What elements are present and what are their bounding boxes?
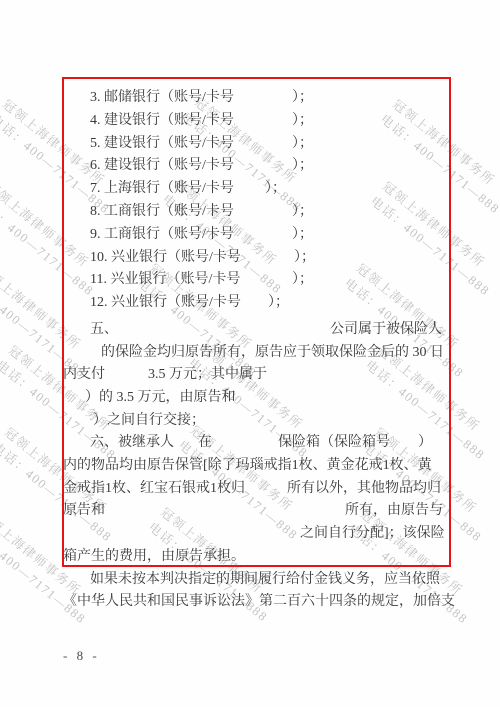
bank-item-12: 12. 兴业银行（账号/卡号）；	[0, 293, 500, 313]
bank-item-6: 6. 建设银行（账号/卡号）；	[0, 156, 500, 176]
item-6-line-4: 原告和所有，由原告与	[0, 501, 500, 521]
item-6-line-6: 箱产生的费用，由原告承担。	[0, 547, 500, 567]
item-5-line-1: 五、公司属于被保险人	[0, 320, 500, 340]
bank-item-10: 10. 兴业银行（账号/卡号）；	[0, 248, 500, 268]
bank-item-8: 8. 工商银行（账号/卡号）；	[0, 202, 500, 222]
item-5-line-5: ）之间自行交接；	[0, 411, 500, 431]
item-5-line-3: 内支付3.5 万元；其中属于	[0, 365, 500, 385]
bank-item-3: 3. 邮储银行（账号/卡号）；	[0, 88, 500, 108]
document-text-layer: 3. 邮储银行（账号/卡号）；4. 建设银行（账号/卡号）；5. 建设银行（账号…	[0, 0, 500, 707]
bank-item-5: 5. 建设银行（账号/卡号）；	[0, 134, 500, 154]
bank-item-7: 7. 上海银行（账号/卡号）；	[0, 179, 500, 199]
bank-item-11: 11. 兴业银行（账号/卡号）；	[0, 270, 500, 290]
bank-item-4: 4. 建设银行（账号/卡号）；	[0, 111, 500, 131]
item-5-line-2: 的保险金均归原告所有，原告应于领取保险金后的 30 日	[0, 343, 500, 363]
page-number: - 8 -	[63, 648, 100, 664]
item-6-line-1: 六、被继承人在保险箱（保险箱号）	[0, 433, 500, 453]
judgment-document-page: 冠领上海律师事务所电话：400—7171—888冠领上海律师事务所电话：400—…	[0, 0, 500, 707]
item-6-line-2: 内的物品均由原告保管[除了玛瑙戒指1枚、黄金花戒1枚、黄	[0, 456, 500, 476]
bank-item-9: 9. 工商银行（账号/卡号）；	[0, 225, 500, 245]
closing-line-2: 《中华人民共和国民事诉讼法》第二百六十四条的规定，加倍支	[0, 592, 500, 612]
item-6-line-5: 之间自行分配]；该保险	[0, 524, 500, 544]
item-5-line-4: ）的 3.5 万元，由原告和	[0, 388, 500, 408]
item-6-line-3: 金戒指1枚、红宝石银戒1枚归所有以外，其他物品均归	[0, 479, 500, 499]
closing-line-1: 如果未按本判决指定的期间履行给付金钱义务，应当依照	[0, 570, 500, 590]
